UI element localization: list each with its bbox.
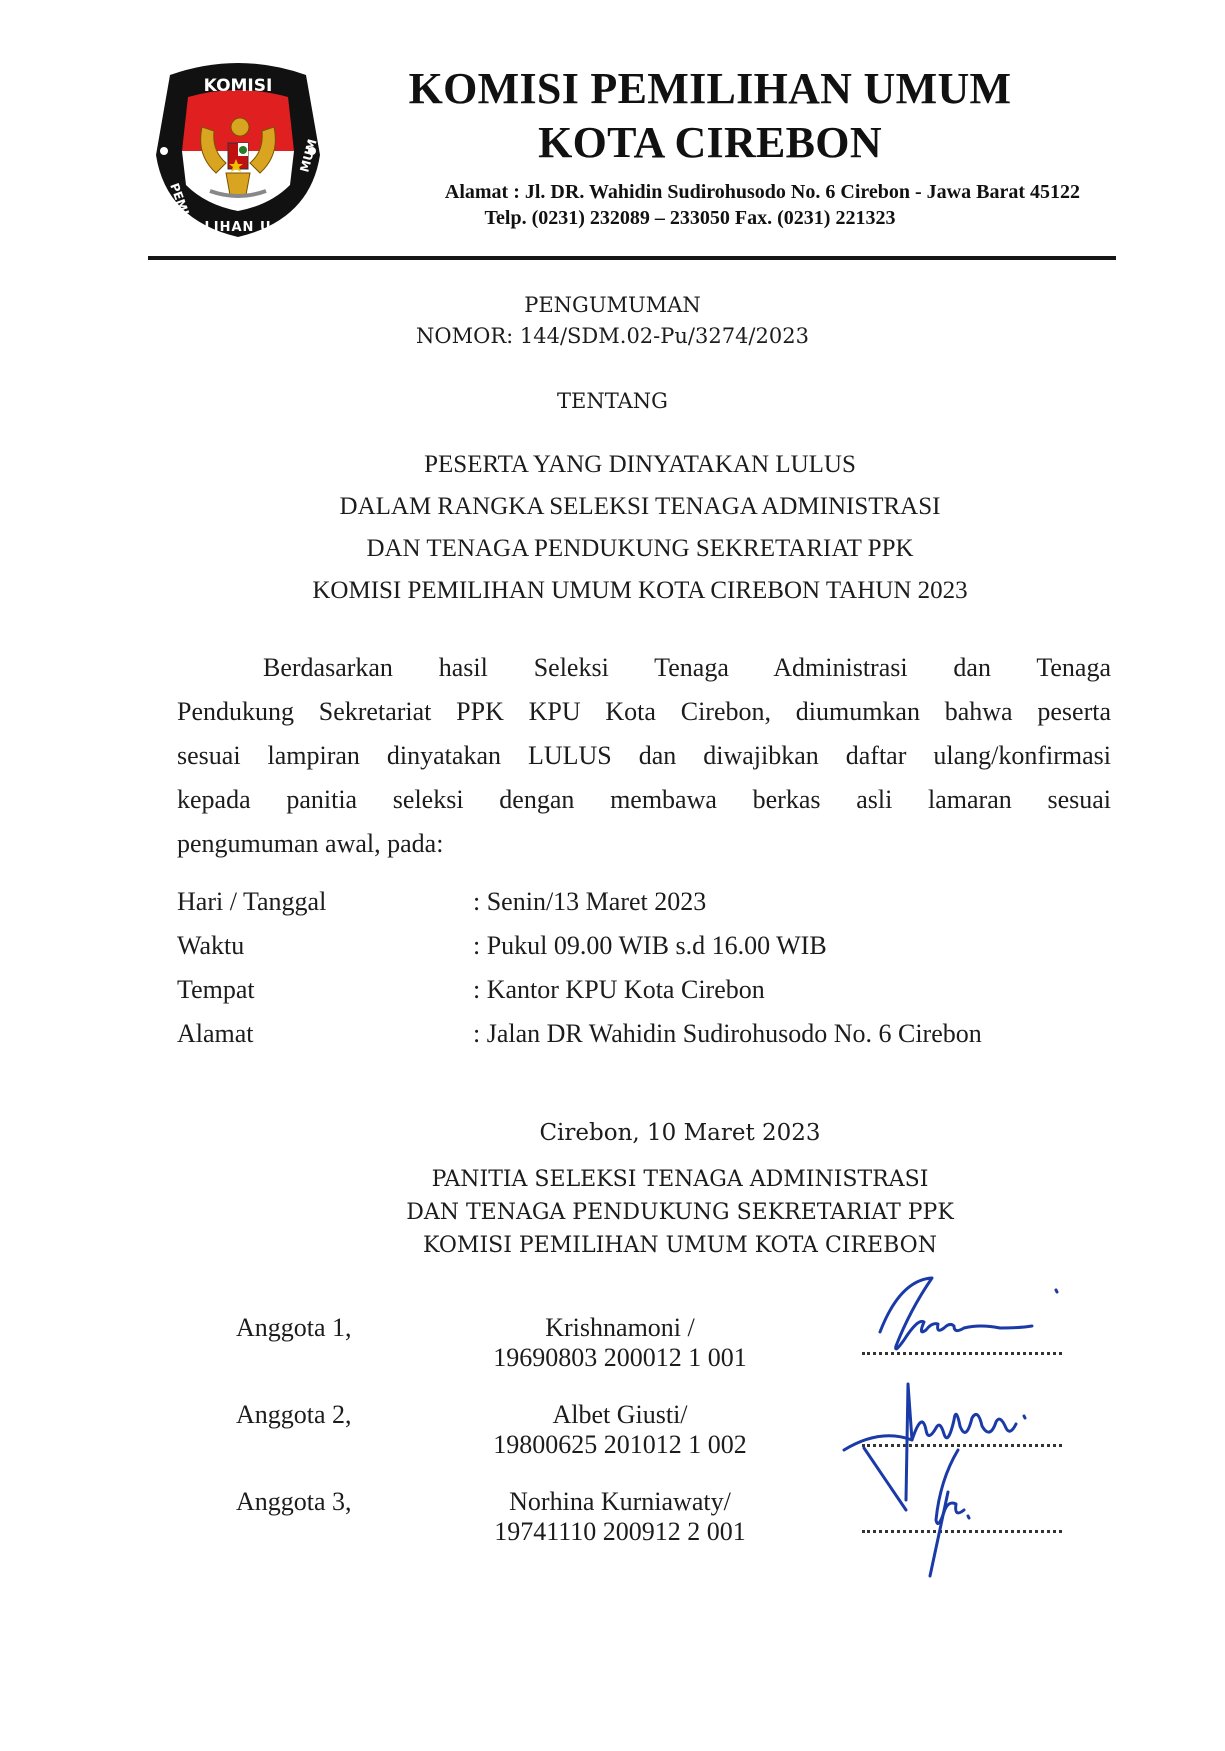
paragraph-line: Pendukung Sekretariat PPK KPU Kota Cireb… bbox=[177, 690, 1111, 734]
signatory-nip: 19741110 200912 2 001 bbox=[470, 1517, 770, 1547]
detail-row-date: Hari / Tanggal : Senin/13 Maret 2023 bbox=[177, 880, 1117, 924]
letterhead-divider bbox=[148, 256, 1116, 260]
body-paragraph: Berdasarkan hasil Seleksi Tenaga Adminis… bbox=[177, 646, 1111, 866]
detail-row-address: Alamat : Jalan DR Wahidin Sudirohusodo N… bbox=[177, 1012, 1117, 1056]
org-name-line2: KOTA CIREBON bbox=[330, 118, 1090, 168]
paragraph-line: sesuai lampiran dinyatakan LULUS dan diw… bbox=[177, 734, 1111, 778]
place-date: Cirebon, 10 Maret 2023 bbox=[420, 1118, 940, 1148]
committee-line: PANITIA SELEKSI TENAGA ADMINISTRASI bbox=[340, 1164, 1020, 1196]
paragraph-line: pengumuman awal, pada: bbox=[177, 822, 1111, 866]
signatory-role: Anggota 2, bbox=[236, 1400, 352, 1430]
signatory-role: Anggota 3, bbox=[236, 1487, 352, 1517]
org-phone-fax: Telp. (0231) 232089 – 233050 Fax. (0231)… bbox=[390, 206, 990, 230]
detail-value: : Pukul 09.00 WIB s.d 16.00 WIB bbox=[473, 924, 827, 968]
paragraph-line: Berdasarkan hasil Seleksi Tenaga Adminis… bbox=[177, 646, 1111, 690]
detail-label: Alamat bbox=[177, 1012, 254, 1056]
doc-title-line: PESERTA YANG DINYATAKAN LULUS bbox=[230, 450, 1050, 480]
detail-value: : Kantor KPU Kota Cirebon bbox=[473, 968, 765, 1012]
org-name-line1: KOMISI PEMILIHAN UMUM bbox=[330, 64, 1090, 114]
detail-value: : Senin/13 Maret 2023 bbox=[473, 880, 706, 924]
doc-title-line: DAN TENAGA PENDUKUNG SEKRETARIAT PPK bbox=[230, 534, 1050, 564]
doc-title-line: DALAM RANGKA SELEKSI TENAGA ADMINISTRASI bbox=[230, 492, 1050, 522]
signatory-name: Krishnamoni / bbox=[470, 1313, 770, 1343]
detail-label: Tempat bbox=[177, 968, 255, 1012]
org-address: Alamat : Jl. DR. Wahidin Sudirohusodo No… bbox=[360, 180, 1080, 204]
svg-text:KOMISI: KOMISI bbox=[204, 76, 273, 96]
detail-label: Hari / Tanggal bbox=[177, 880, 326, 924]
committee-line: DAN TENAGA PENDUKUNG SEKRETARIAT PPK bbox=[340, 1197, 1020, 1229]
detail-value: : Jalan DR Wahidin Sudirohusodo No. 6 Ci… bbox=[473, 1012, 982, 1056]
signatory-name: Norhina Kurniawaty/ bbox=[470, 1487, 770, 1517]
paragraph-line: kepada panitia seleksi dengan membawa be… bbox=[177, 778, 1111, 822]
doc-type: PENGUMUMAN bbox=[0, 292, 1225, 318]
detail-row-time: Waktu : Pukul 09.00 WIB s.d 16.00 WIB bbox=[177, 924, 1117, 968]
detail-label: Waktu bbox=[177, 924, 244, 968]
detail-row-place: Tempat : Kantor KPU Kota Cirebon bbox=[177, 968, 1117, 1012]
doc-title-line: KOMISI PEMILIHAN UMUM KOTA CIREBON TAHUN… bbox=[230, 576, 1050, 606]
kpu-emblem-icon: KOMISI LIHAN U PEMI MUM bbox=[150, 55, 326, 240]
svg-text:LIHAN U: LIHAN U bbox=[204, 220, 271, 235]
signature-2-icon bbox=[840, 1380, 1080, 1580]
signatory-nip: 19690803 200012 1 001 bbox=[470, 1343, 770, 1373]
doc-number: NOMOR: 144/SDM.02-Pu/3274/2023 bbox=[0, 323, 1225, 349]
signatory-role: Anggota 1, bbox=[236, 1313, 352, 1343]
committee-line: KOMISI PEMILIHAN UMUM KOTA CIREBON bbox=[340, 1230, 1020, 1262]
signatory-name: Albet Giusti/ bbox=[470, 1400, 770, 1430]
doc-about: TENTANG bbox=[0, 388, 1225, 414]
signatory-nip: 19800625 201012 1 002 bbox=[470, 1430, 770, 1460]
